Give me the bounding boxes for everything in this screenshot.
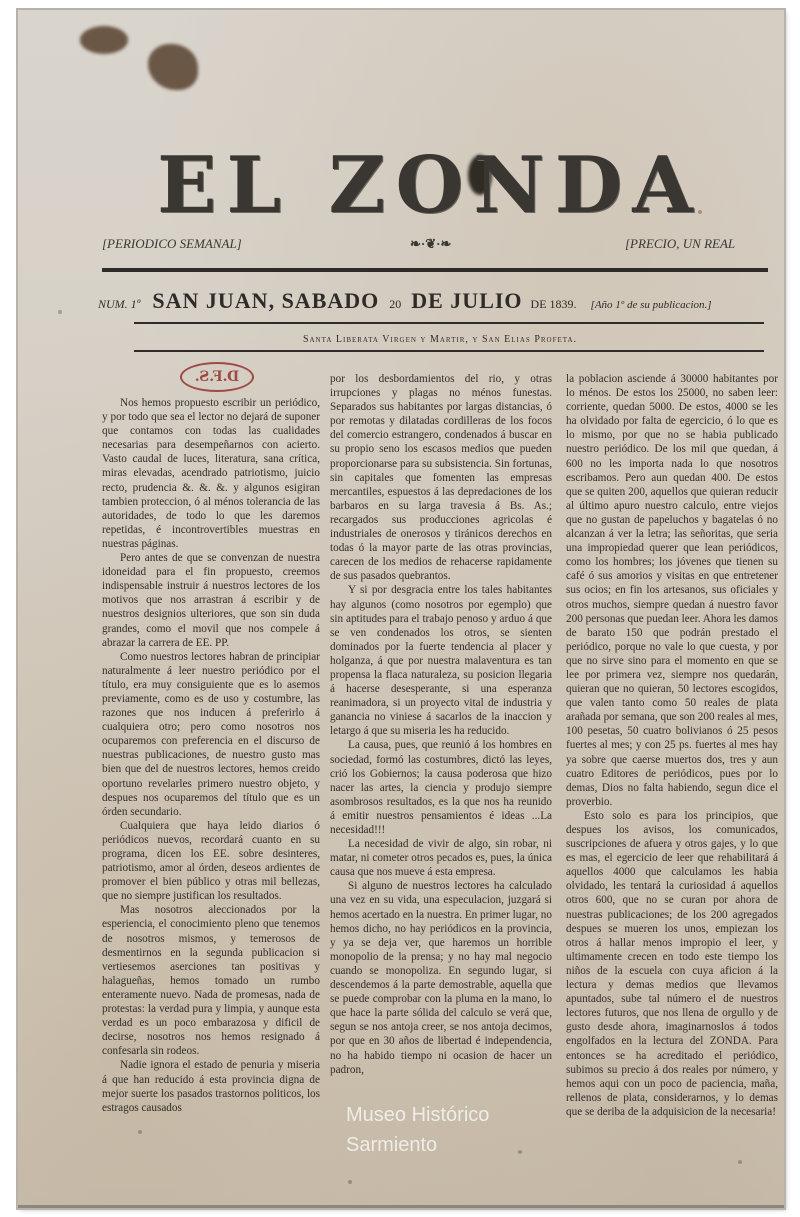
- paragraph: por los desbordamientos del rio, y otras…: [330, 372, 552, 583]
- ornament: ❧·❦·❧: [410, 236, 451, 252]
- watermark-line-2: Sarmiento: [346, 1130, 489, 1160]
- paragraph: Y si por desgracia entre los tales habit…: [330, 583, 552, 738]
- article-column-1: Nos hemos propuesto escribir un periódic…: [102, 396, 320, 1115]
- subtitle-periodicity: [PERIODICO SEMANAL]: [102, 236, 242, 252]
- paragraph: la poblacion asciende á 30000 habitantes…: [566, 372, 778, 809]
- watermark-line-1: Museo Histórico: [346, 1100, 489, 1130]
- dateline: NUM. 1º SAN JUAN, SABADO 20 DE JULIO DE …: [98, 288, 778, 314]
- paragraph: Si alguno de nuestros lectores ha calcul…: [330, 879, 552, 1076]
- paragraph: Cualquiera que haya leido diarios ó peri…: [102, 819, 320, 904]
- library-stamp: D.F.S.: [180, 362, 254, 392]
- dateline-place: SAN JUAN, SABADO: [152, 288, 379, 313]
- saints-line: Santa Liberata Virgen y Martir, y San El…: [110, 334, 770, 345]
- paragraph: Pero antes de que se convenzan de nuestr…: [102, 551, 320, 650]
- museum-watermark: Museo Histórico Sarmiento: [346, 1100, 489, 1160]
- subtitle-price: [PRECIO, UN REAL: [625, 236, 735, 252]
- paragraph: La causa, pues, que reunió á los hombres…: [330, 738, 552, 837]
- paragraph: Esto solo es para los principios, que de…: [566, 809, 778, 1119]
- issue-number: NUM. 1º: [98, 297, 140, 311]
- stain: [148, 44, 198, 90]
- foxing-spot: [738, 1160, 742, 1164]
- divider: [134, 350, 764, 352]
- foxing-spot: [348, 1180, 352, 1184]
- foxing-spot: [518, 1150, 522, 1154]
- foxing-spot: [58, 310, 62, 314]
- dateline-year: DE 1839.: [531, 297, 577, 311]
- stain: [80, 26, 128, 54]
- divider: [134, 322, 764, 324]
- paragraph: Nos hemos propuesto escribir un periódic…: [102, 396, 320, 551]
- publication-year: [Año 1º de su publicacion.]: [591, 299, 712, 311]
- divider: [102, 268, 768, 272]
- article-column-2: por los desbordamientos del rio, y otras…: [330, 372, 552, 1077]
- article-column-3: la poblacion asciende á 30000 habitantes…: [566, 372, 778, 1119]
- dateline-month: DE JULIO: [411, 288, 522, 313]
- paragraph: Como nuestros lectores habran de princip…: [102, 650, 320, 819]
- paragraph: Mas nosotros aleccionados por la esperie…: [102, 903, 320, 1058]
- paragraph: Nadie ignora el estado de penuria y mise…: [102, 1058, 320, 1114]
- foxing-spot: [138, 1130, 142, 1134]
- dateline-day: 20: [389, 297, 401, 311]
- masthead-title: EL ZONDA: [150, 140, 710, 231]
- paragraph: La necesidad de vivir de algo, sin robar…: [330, 837, 552, 879]
